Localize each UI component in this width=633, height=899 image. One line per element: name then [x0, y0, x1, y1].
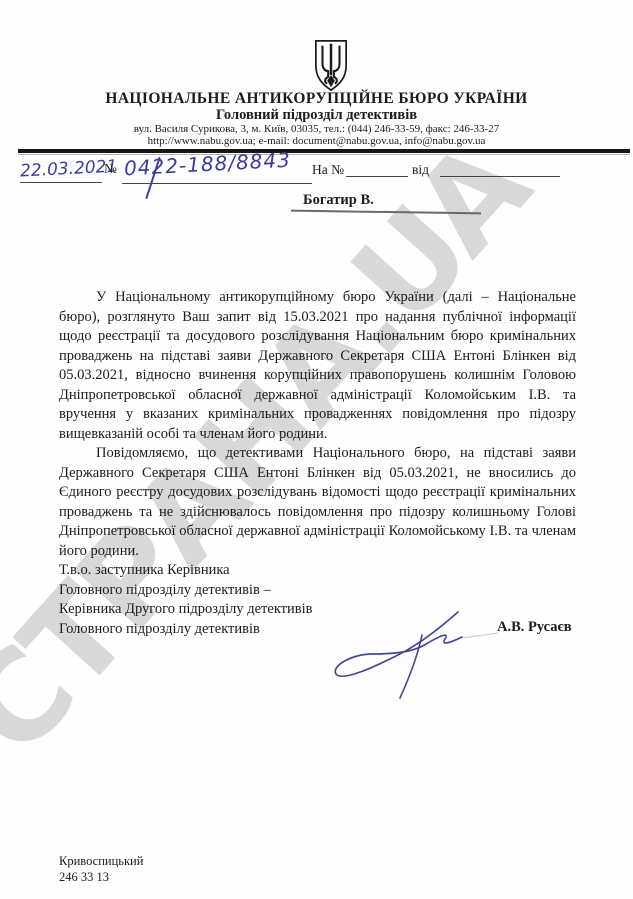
letter-body: У Національному антикорупційному бюро Ук…: [59, 288, 576, 561]
body-paragraph-2: Повідомляємо, що детективами Національно…: [59, 444, 576, 561]
executor-name: Кривоспицький: [59, 854, 143, 870]
handwritten-outgoing-number: 0422-188/8843: [123, 148, 291, 181]
executor-block: Кривоспицький 246 33 13: [59, 854, 143, 885]
header-divider-thick: [18, 149, 630, 153]
reply-date-blank: [440, 176, 560, 177]
date-underline: [20, 182, 102, 183]
address-line: вул. Василя Сурикова, 3, м. Київ, 03035,…: [0, 123, 633, 135]
signer-name: А.В. Русаєв: [497, 619, 572, 636]
executor-phone: 246 33 13: [59, 870, 143, 886]
header-divider-thin: [18, 154, 630, 155]
trident-icon: [311, 39, 351, 92]
body-paragraph-1: У Національному антикорупційному бюро Ук…: [59, 288, 576, 444]
signer-position-line: Головного підрозділу детективів: [59, 620, 313, 640]
organization-name: НАЦІОНАЛЬНЕ АНТИКОРУПЦІЙНЕ БЮРО УКРАЇНИ: [0, 90, 633, 108]
reply-number-blank: [346, 176, 408, 177]
signer-position-block: Т.в.о. заступника Керівника Головного пі…: [59, 561, 313, 639]
division-name: Головний підрозділ детективів: [0, 107, 633, 124]
handwritten-signature: [328, 604, 503, 709]
number-sign: №: [104, 161, 117, 177]
scanned-letter-page: СТРАНА.UA НАЦІОНАЛЬНЕ АНТИКОРУПЦІЙНЕ БЮР…: [0, 0, 633, 899]
reply-date-label: від: [412, 162, 429, 178]
contacts-line: http://www.nabu.gov.ua; e-mail: document…: [0, 135, 633, 147]
signer-position-line: Керівника Другого підрозділу детективів: [59, 600, 313, 620]
signer-position-line: Т.в.о. заступника Керівника: [59, 561, 313, 581]
addressee-name: Богатир В.: [303, 192, 374, 209]
signer-position-line: Головного підрозділу детективів –: [59, 581, 313, 601]
reply-number-label: На №: [312, 162, 344, 178]
ukraine-trident-emblem: [311, 39, 351, 97]
